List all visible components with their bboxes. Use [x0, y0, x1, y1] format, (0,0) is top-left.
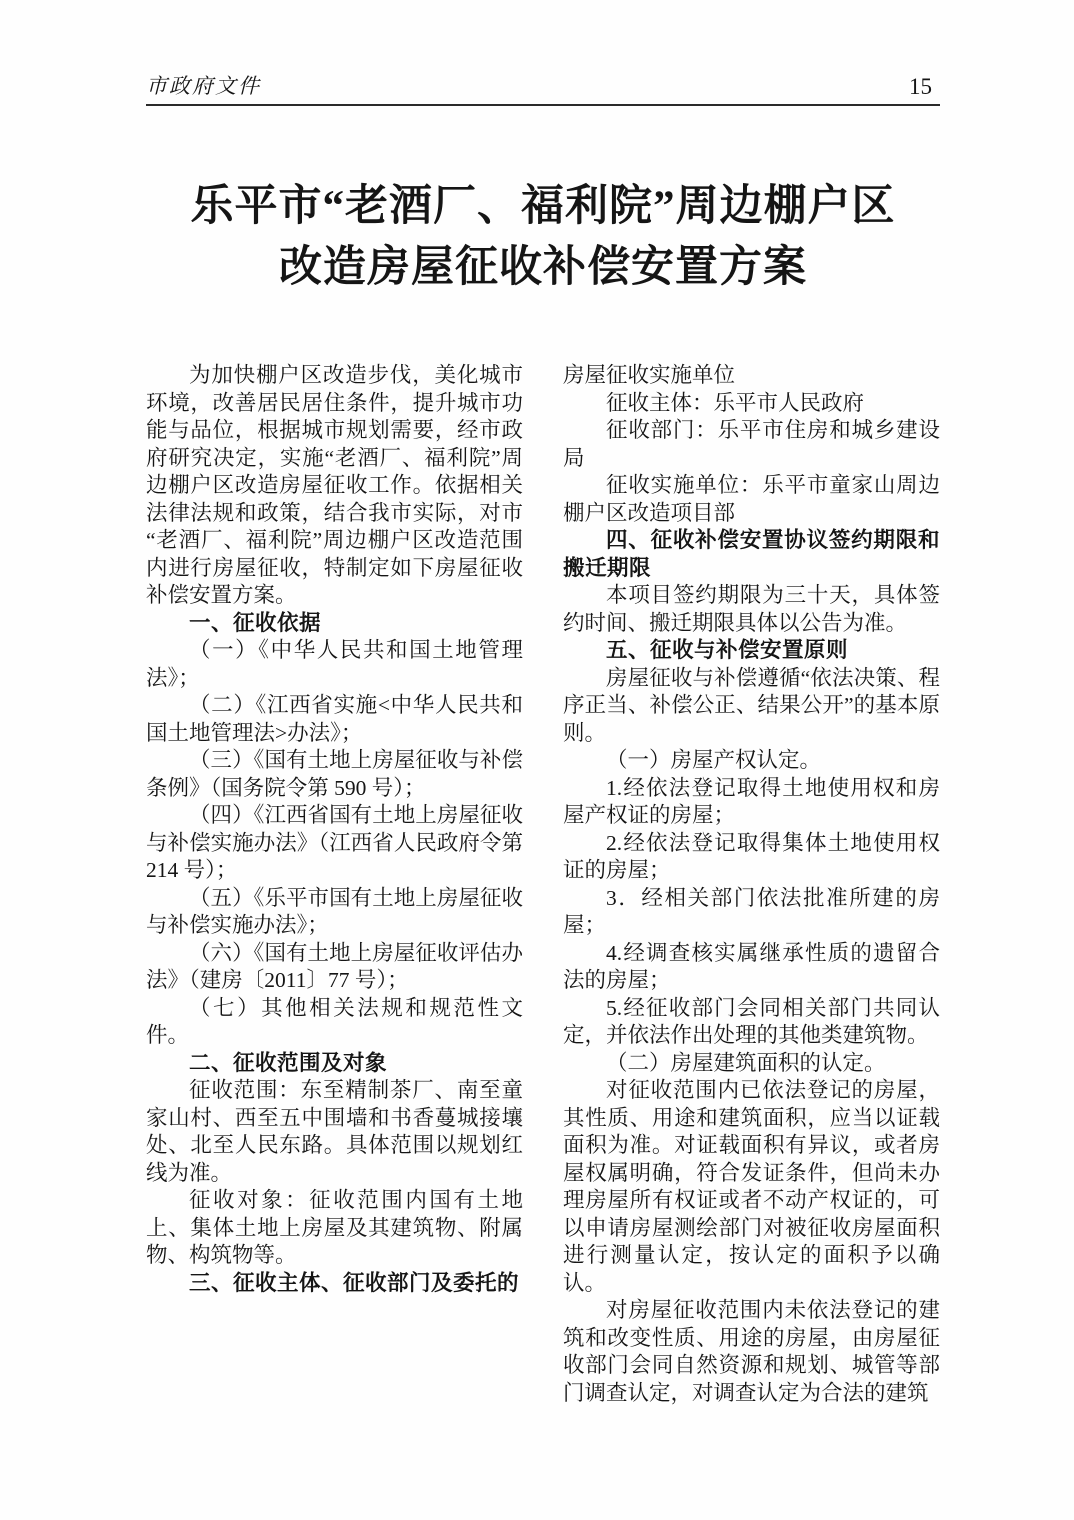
paragraph: （四）《江西省国有土地上房屋征收与补偿实施办法》（江西省人民政府令第 214 号…	[146, 802, 523, 885]
paragraph: 房屋征收与补偿遵循“依法决策、程序正当、补偿公正、结果公开”的基本原则。	[563, 665, 940, 748]
paragraph: 5.经征收部门会同相关部门共同认定，并依法作出处理的其他类建筑物。	[563, 995, 940, 1050]
page-header: 市政府文件 15	[146, 70, 940, 106]
paragraph: （三）《国有土地上房屋征收与补偿条例》（国务院令第 590 号）；	[146, 747, 523, 802]
right-column: 房屋征收实施单位征收主体：乐平市人民政府征收部门：乐平市住房和城乡建设局征收实施…	[563, 362, 940, 1407]
header-label: 市政府文件	[146, 70, 261, 100]
paragraph: 2.经依法登记取得集体土地使用权证的房屋；	[563, 830, 940, 885]
section-heading: 四、征收补偿安置协议签约期限和搬迁期限	[563, 527, 940, 582]
section-heading: 五、征收与补偿安置原则	[563, 637, 940, 665]
paragraph: （二）《江西省实施<中华人民共和国土地管理法>办法》；	[146, 692, 523, 747]
paragraph: 对征收范围内已依法登记的房屋，其性质、用途和建筑面积，应当以证载面积为准。对证载…	[563, 1077, 940, 1297]
paragraph: （七）其他相关法规和规范性文件。	[146, 995, 523, 1050]
section-heading: 二、征收范围及对象	[146, 1050, 523, 1078]
body-columns: 为加快棚户区改造步伐，美化城市环境，改善居民居住条件，提升城市功能与品位，根据城…	[146, 362, 940, 1407]
paragraph: 1.经依法登记取得土地使用权和房屋产权证的房屋；	[563, 775, 940, 830]
paragraph: 房屋征收实施单位	[563, 362, 940, 390]
paragraph: 对房屋征收范围内未依法登记的建筑和改变性质、用途的房屋，由房屋征收部门会同自然资…	[563, 1297, 940, 1407]
document-page: 市政府文件 15 乐平市“老酒厂、福利院”周边棚户区 改造房屋征收补偿安置方案 …	[0, 0, 1074, 1520]
document-title: 乐平市“老酒厂、福利院”周边棚户区 改造房屋征收补偿安置方案	[146, 176, 940, 298]
left-column: 为加快棚户区改造步伐，美化城市环境，改善居民居住条件，提升城市功能与品位，根据城…	[146, 362, 523, 1407]
paragraph: 征收范围：东至精制茶厂、南至童家山村、西至五中围墙和书香蔓城接壤处、北至人民东路…	[146, 1077, 523, 1187]
document-title-line-1: 乐平市“老酒厂、福利院”周边棚户区	[146, 176, 940, 237]
paragraph: （六）《国有土地上房屋征收评估办法》（建房〔2011〕77 号）；	[146, 940, 523, 995]
paragraph: （五）《乐平市国有土地上房屋征收与补偿实施办法》；	[146, 885, 523, 940]
paragraph: 本项目签约期限为三十天，具体签约时间、搬迁期限具体以公告为准。	[563, 582, 940, 637]
paragraph: 3．经相关部门依法批准所建的房屋；	[563, 885, 940, 940]
page-number: 15	[909, 74, 940, 100]
paragraph: 征收实施单位：乐平市童家山周边棚户区改造项目部	[563, 472, 940, 527]
paragraph: 征收对象：征收范围内国有土地上、集体土地上房屋及其建筑物、附属物、构筑物等。	[146, 1187, 523, 1270]
paragraph: 为加快棚户区改造步伐，美化城市环境，改善居民居住条件，提升城市功能与品位，根据城…	[146, 362, 523, 610]
paragraph: 4.经调查核实属继承性质的遗留合法的房屋；	[563, 940, 940, 995]
paragraph: （二）房屋建筑面积的认定。	[563, 1050, 940, 1078]
section-heading: 一、征收依据	[146, 610, 523, 638]
section-heading: 三、征收主体、征收部门及委托的	[146, 1270, 523, 1298]
paragraph: （一）《中华人民共和国土地管理法》；	[146, 637, 523, 692]
document-title-line-2: 改造房屋征收补偿安置方案	[146, 237, 940, 298]
paragraph: 征收部门：乐平市住房和城乡建设局	[563, 417, 940, 472]
paragraph: 征收主体：乐平市人民政府	[563, 390, 940, 418]
paragraph: （一）房屋产权认定。	[563, 747, 940, 775]
